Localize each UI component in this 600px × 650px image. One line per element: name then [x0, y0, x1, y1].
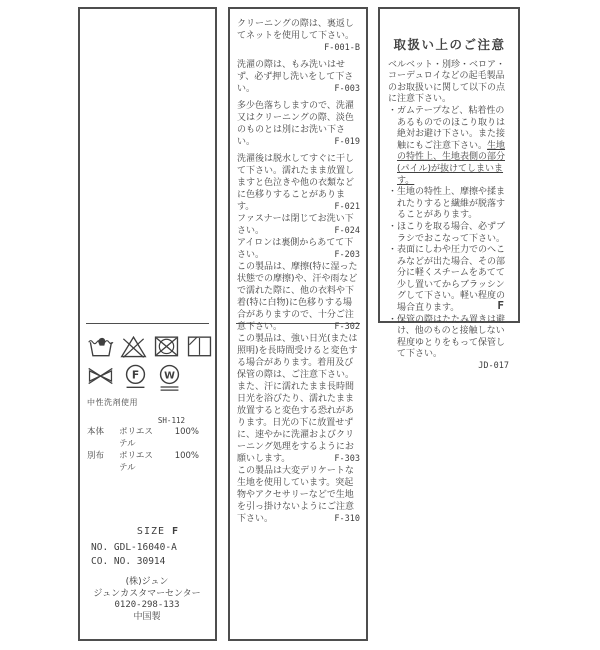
customer-center: ジュンカスタマーセンター: [87, 589, 207, 601]
phone-number: 0120-298-133: [87, 600, 207, 612]
left-label-content: F W 中性洗剤使用 SH-112 本体 ポリエステル 100%: [80, 325, 215, 639]
care-symbols-row-2: F W: [87, 364, 207, 393]
size-label: SIZE: [137, 526, 165, 537]
composition-row: 本体 ポリエステル 100%: [87, 426, 207, 450]
composition-percent: 100%: [161, 450, 199, 474]
care-instruction: 多少色落ちしますので、洗濯又はクリーニングの際、淡色のものとは別にお洗い下さい。…: [237, 100, 360, 148]
care-instruction: アイロンは裏側からあてて下さい。 F-203: [237, 237, 360, 261]
left-care-label: F W 中性洗剤使用 SH-112 本体 ポリエステル 100%: [78, 7, 217, 641]
size-line: SIZE F: [87, 526, 207, 537]
care-label-scan: F W 中性洗剤使用 SH-112 本体 ポリエステル 100%: [0, 0, 600, 650]
composition-fiber: ポリエステル: [119, 426, 161, 450]
instruction-code: F-021: [334, 201, 360, 213]
instruction-text: この製品は、強い日光(または照明)を長時間受けると変色する場合があります。着用及…: [237, 334, 358, 380]
note-text: ほこりを取る場合、必ずブラシでおこなって下さい。: [397, 222, 505, 244]
care-instruction: この製品は、強い日光(または照明)を長時間受けると変色する場合があります。着用及…: [237, 333, 360, 381]
handling-notes-content: 取扱い上のご注意 ベルベット・別珍・ベロア・コーデュロイなどの起毛製品のお取扱い…: [380, 9, 518, 321]
co-number: CO. NO. 30914: [87, 556, 207, 567]
do-not-bleach-icon: [120, 333, 147, 359]
note-text: 生地の特性上、摩擦や揉まれたりすると繊維が脱落することがあります。: [397, 187, 505, 220]
bullet-marker: ・: [388, 245, 397, 255]
handling-note-item: ・保管の際はたたみ置きは避け、他のものと接触しない程度ゆとりをもって保管して下さ…: [388, 315, 511, 361]
care-instruction: ファスナーは閉じてお洗い下さい。 F-024: [237, 213, 360, 237]
instruction-code: F-001-B: [324, 42, 360, 54]
dry-clean-letter: F: [132, 368, 139, 381]
care-instruction: また、汗に濡れたまま長時間日光を浴びたり、濡れたまま放置すると変色する恐れがあり…: [237, 381, 360, 465]
product-number: NO. GDL-16040-A: [87, 542, 207, 553]
handling-notes-label: 取扱い上のご注意 ベルベット・別珍・ベロア・コーデュロイなどの起毛製品のお取扱い…: [378, 7, 520, 323]
care-instruction: この製品は大変デリケートな生地を使用しています。突起物やアクセサリーなどで生地を…: [237, 465, 360, 525]
handling-note-item: ・表面にしわや圧力でのへこみなどが出た場合、その部分に軽くスチームをあてて少し置…: [388, 245, 511, 315]
care-symbols-row-1: [87, 333, 207, 359]
handling-notes-title: 取扱い上のご注意: [388, 39, 511, 51]
composition-fiber: ポリエステル: [119, 450, 161, 474]
care-instruction: クリーニングの際は、裏返してネットを使用して下さい。 F-001-B: [237, 18, 360, 54]
do-not-tumble-dry-icon: [153, 333, 180, 359]
composition-percent: 100%: [161, 426, 199, 450]
care-instruction: 洗濯後は脱水してすぐに干して下さい。濡れたまま放置しますと色泣きや他の衣類などに…: [237, 153, 360, 213]
do-not-wring-icon: [87, 364, 114, 388]
wet-clean-w-icon: W: [157, 364, 182, 393]
line-dry-in-shade-icon: [186, 333, 213, 359]
note-text: 保管の際はたたみ置きは避け、他のものと接触しない程度ゆとりをもって保管して下さい…: [397, 315, 505, 360]
bullet-marker: ・: [388, 222, 397, 232]
size-value: F: [172, 526, 179, 537]
handling-note-item: ・生地の特性上、摩擦や揉まれたりすると繊維が脱落することがあります。: [388, 187, 511, 222]
handling-note-item: ・ほこりを取る場合、必ずブラシでおこなって下さい。: [388, 222, 511, 245]
instruction-text: クリーニングの際は、裏返してネットを使用して下さい。: [237, 19, 354, 41]
detergent-note: 中性洗剤使用: [87, 397, 207, 408]
care-instructions-top: クリーニングの際は、裏返してネットを使用して下さい。 F-001-B 洗濯の際は…: [230, 9, 366, 333]
care-instructions-bottom: この製品は、強い日光(または照明)を長時間受けると変色する場合があります。着用及…: [230, 325, 366, 525]
instruction-code: F-310: [334, 513, 360, 525]
composition-part: 本体: [87, 426, 119, 450]
instruction-text: また、汗に濡れたまま長時間日光を浴びたり、濡れたまま放置すると変色する恐れがあり…: [237, 382, 354, 464]
left-divider: [86, 323, 209, 324]
country-of-origin: 中国製: [87, 612, 207, 624]
company-name: (株)ジュン: [87, 577, 207, 589]
instruction-code: F-003: [334, 83, 360, 95]
handling-notes-code: JD-017: [388, 361, 509, 373]
size-mark: F: [497, 300, 504, 312]
instruction-code: F-019: [334, 136, 360, 148]
bullet-marker: ・: [388, 106, 397, 116]
composition-row: 別布 ポリエステル 100%: [87, 450, 207, 474]
handling-notes-intro: ベルベット・別珍・ベロア・コーデュロイなどの起毛製品のお取扱いに関して以下の点に…: [388, 60, 511, 106]
maker-block: (株)ジュン ジュンカスタマーセンター 0120-298-133 中国製: [87, 577, 207, 623]
bullet-marker: ・: [388, 315, 397, 325]
instruction-code: F-203: [334, 249, 360, 261]
handling-note-item: ・ガムテープなど、粘着性のあるものでのほこり取りは絶対お避け下さい。また接触にも…: [388, 106, 511, 187]
instruction-code: F-303: [334, 453, 360, 465]
ref-code: SH-112: [87, 416, 185, 425]
wet-clean-letter: W: [164, 371, 175, 382]
note-text: 表面にしわや圧力でのへこみなどが出た場合、その部分に軽くスチームをあてて少し置い…: [397, 245, 505, 313]
care-instruction: 洗濯の際は、もみ洗いはせず、必ず押し洗いをして下さい。 F-003: [237, 59, 360, 95]
care-instruction: この製品は、摩擦(特に湿った状態での摩擦)や、汗や雨などで濡れた際に、他の衣料や…: [237, 261, 360, 333]
composition-part: 別布: [87, 450, 119, 474]
hand-wash-icon: [87, 333, 114, 359]
dry-clean-f-icon: F: [123, 364, 148, 391]
instruction-code: F-024: [334, 225, 360, 237]
middle-care-label: クリーニングの際は、裏返してネットを使用して下さい。 F-001-B 洗濯の際は…: [228, 7, 368, 641]
bullet-marker: ・: [388, 187, 397, 197]
